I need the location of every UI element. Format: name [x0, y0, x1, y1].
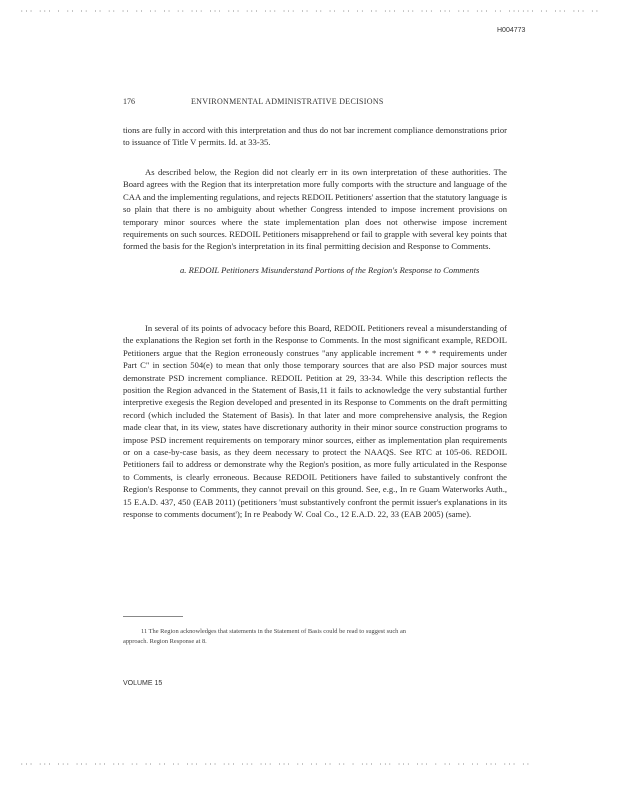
- paragraph-text: In several of its points of advocacy bef…: [123, 322, 507, 521]
- paragraph-continuation: tions are fully in accord with this inte…: [123, 124, 507, 149]
- section-marker: a.: [180, 265, 186, 275]
- paragraph-text: As described below, the Region did not c…: [123, 166, 507, 253]
- volume-footer: VOLUME 15: [123, 680, 162, 687]
- publication-title: ENVIRONMENTAL ADMINISTRATIVE DECISIONS: [191, 97, 384, 106]
- scan-artifact-top: ··· ··· · ·· ·· ·· ·· ·· ·· ·· ·· ·· ···…: [20, 8, 598, 15]
- paragraph-text: tions are fully in accord with this inte…: [123, 124, 507, 149]
- bates-number: H004773: [497, 27, 525, 34]
- scan-artifact-bottom: ··· ··· ··· ··· ··· ··· ·· ·· ·· ·· ··· …: [20, 761, 598, 768]
- footnote-text: The Region acknowledges that statements …: [123, 628, 406, 645]
- section-heading: a. REDOIL Petitioners Misunderstand Port…: [180, 264, 480, 276]
- footnote-number: 11: [123, 628, 147, 635]
- footnote: 11 The Region acknowledges that statemen…: [123, 627, 423, 647]
- paragraph-misunderstanding: In several of its points of advocacy bef…: [123, 322, 507, 521]
- page-number: 176: [123, 97, 135, 106]
- section-heading-text: REDOIL Petitioners Misunderstand Portion…: [189, 265, 480, 275]
- paragraph-interpretation: As described below, the Region did not c…: [123, 166, 507, 253]
- footnote-divider: [123, 616, 183, 617]
